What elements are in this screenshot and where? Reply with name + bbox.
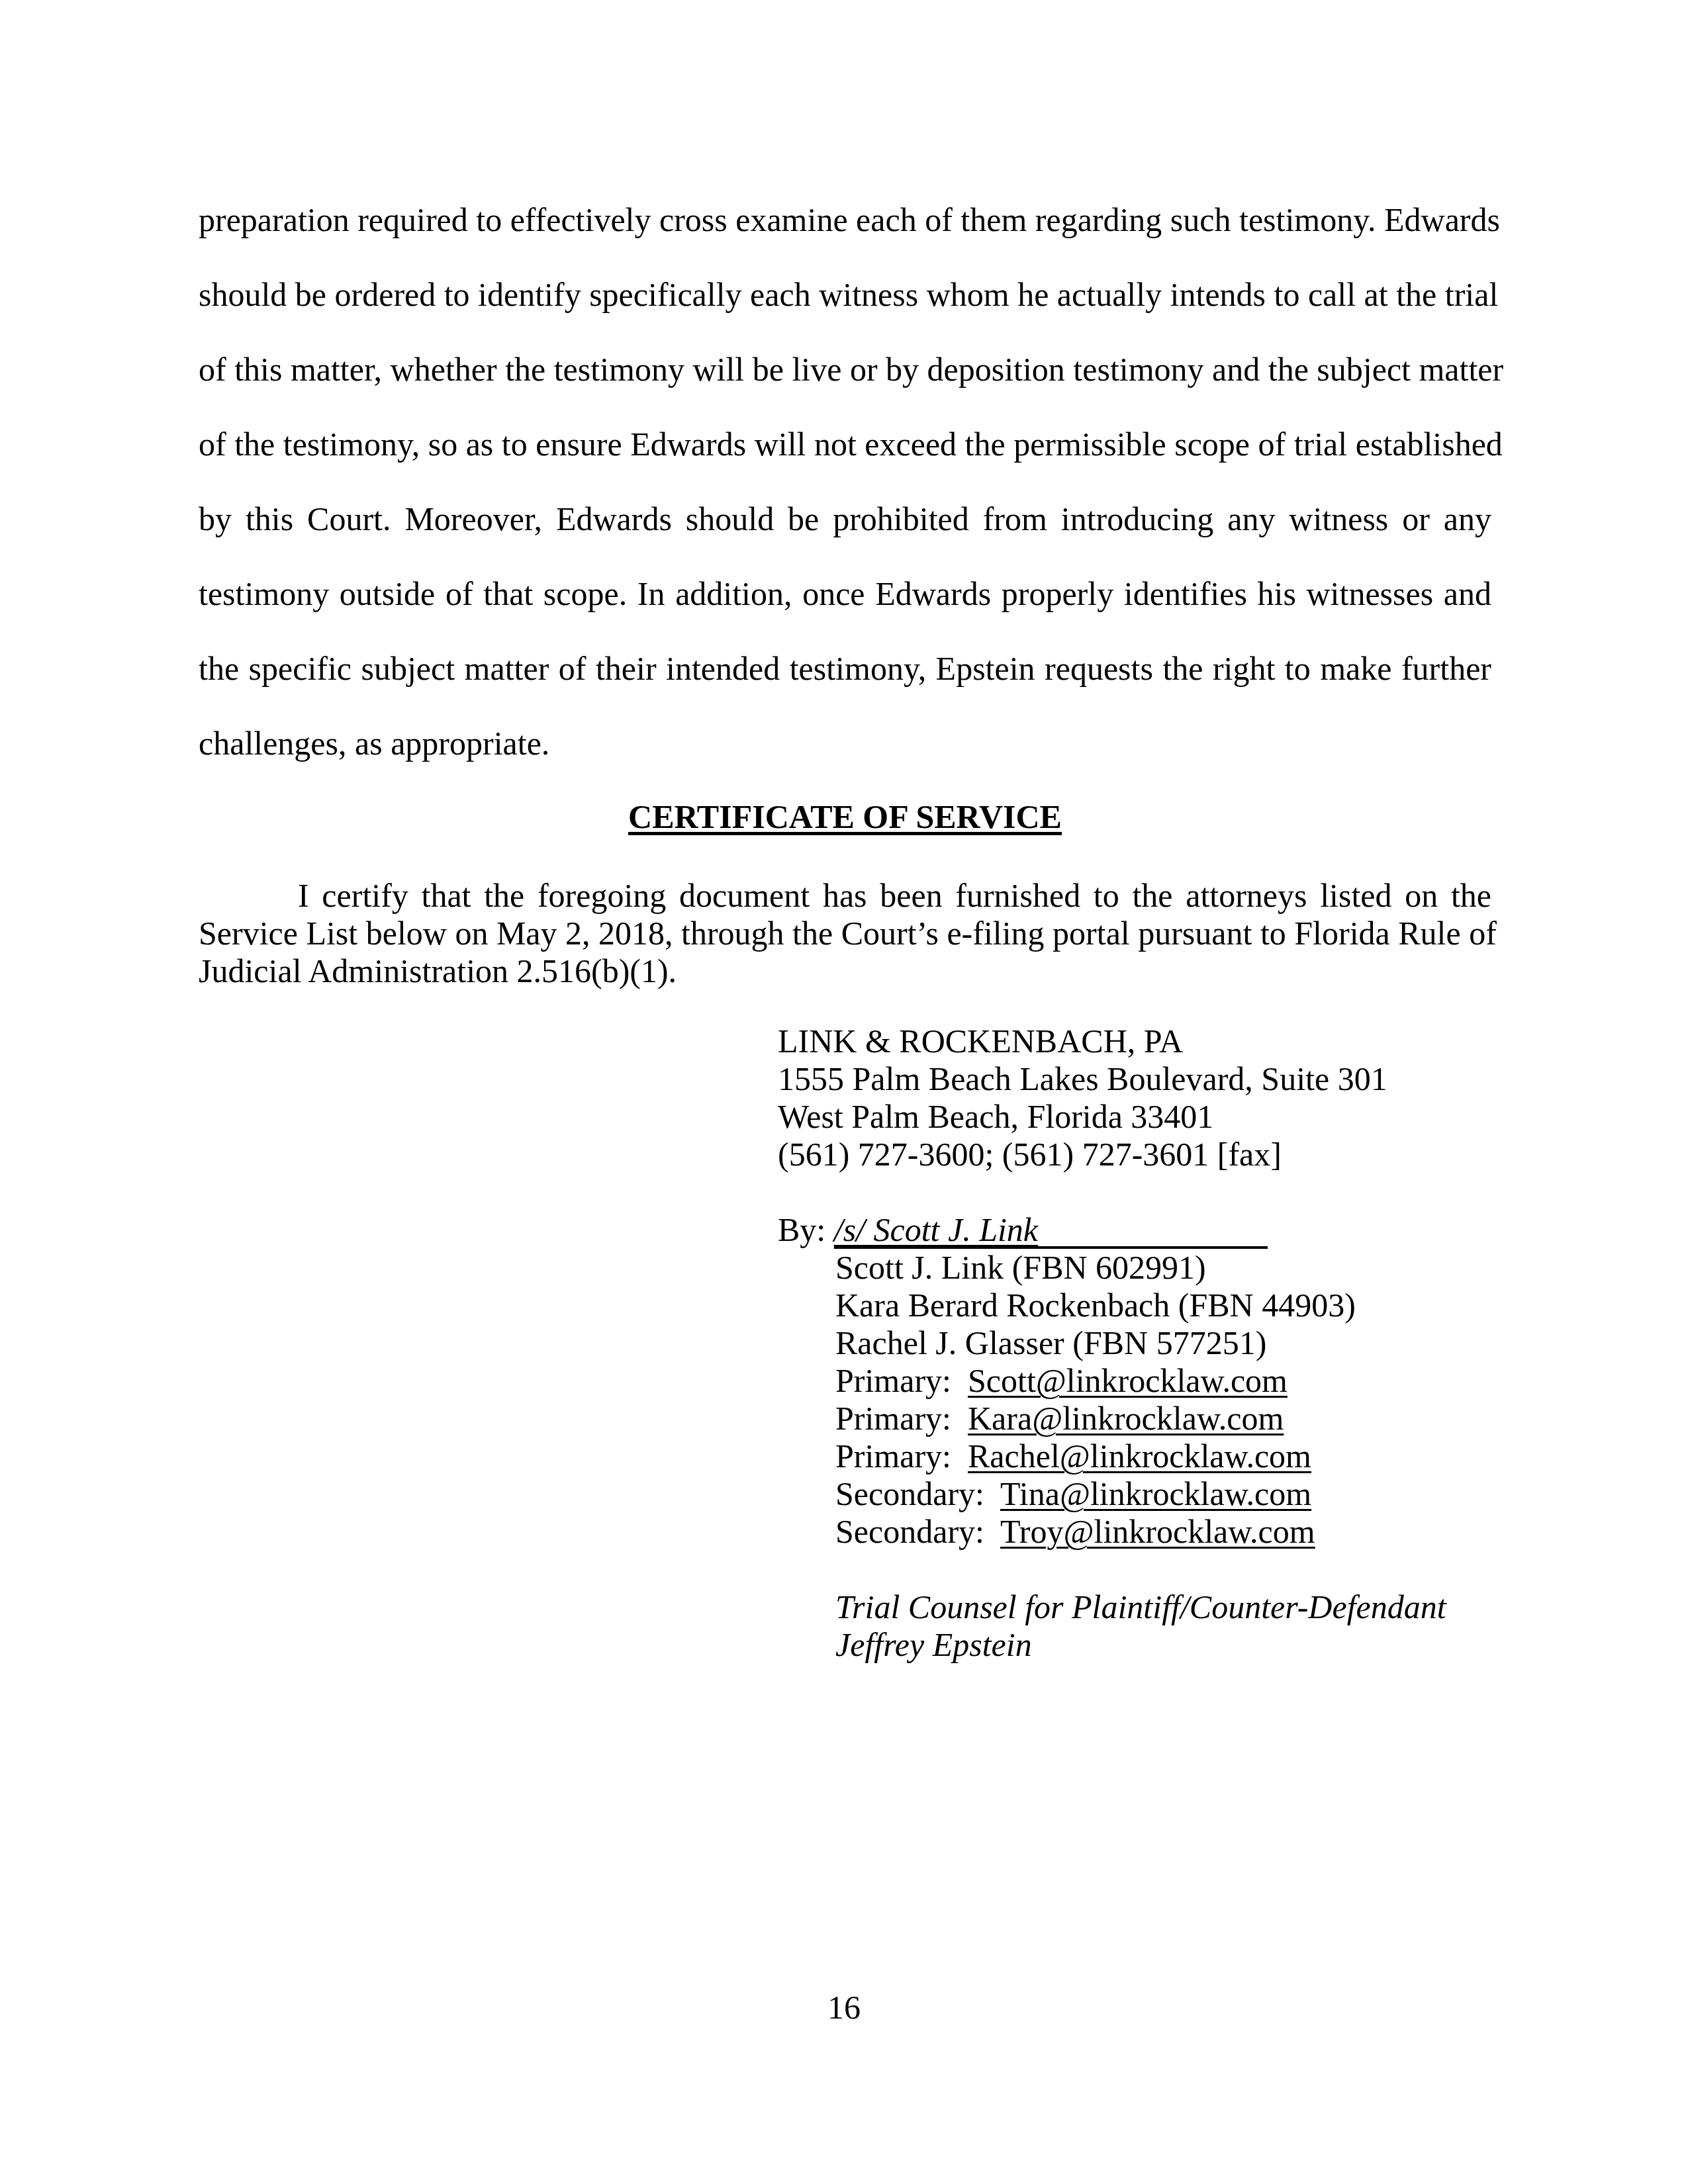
certificate-paragraph: I certify that the foregoing document ha… — [199, 877, 1491, 990]
body-paragraph: preparation required to effectively cros… — [199, 183, 1491, 781]
email-label: Primary: — [835, 1400, 951, 1437]
firm-address-line-1: 1555 Palm Beach Lakes Boulevard, Suite 3… — [778, 1060, 1446, 1098]
attorney-name: Rachel J. Glasser (FBN 577251) — [778, 1324, 1446, 1362]
attorney-name: Scott J. Link (FBN 602991) — [778, 1249, 1446, 1287]
certificate-line: I certify that the foregoing document ha… — [199, 877, 1491, 915]
firm-address-line-2: West Palm Beach, Florida 33401 — [778, 1098, 1446, 1136]
email-row: Secondary: Tina@linkrocklaw.com — [778, 1475, 1446, 1513]
email-link[interactable]: Kara@linkrocklaw.com — [968, 1400, 1284, 1437]
body-line: challenges, as appropriate. — [199, 706, 1491, 781]
body-line: of the testimony, so as to ensure Edward… — [199, 407, 1491, 482]
email-label: Secondary: — [835, 1475, 984, 1512]
certificate-line: Service List below on May 2, 2018, throu… — [199, 915, 1491, 952]
body-line: preparation required to effectively cros… — [199, 183, 1491, 257]
body-line: testimony outside of that scope. In addi… — [199, 557, 1491, 631]
certificate-heading: CERTIFICATE OF SERVICE — [199, 798, 1491, 836]
email-label: Primary: — [835, 1437, 951, 1475]
certificate-line: Judicial Administration 2.516(b)(1). — [199, 952, 1491, 990]
firm-name: LINK & ROCKENBACH, PA — [778, 1023, 1446, 1060]
email-row: Primary: Kara@linkrocklaw.com — [778, 1400, 1446, 1437]
counsel-role: Trial Counsel for Plaintiff/Counter-Defe… — [778, 1588, 1446, 1626]
email-row: Primary: Rachel@linkrocklaw.com — [778, 1437, 1446, 1475]
email-row: Secondary: Troy@linkrocklaw.com — [778, 1513, 1446, 1551]
email-row: Primary: Scott@linkrocklaw.com — [778, 1362, 1446, 1400]
body-line: of this matter, whether the testimony wi… — [199, 332, 1491, 407]
signature-block: LINK & ROCKENBACH, PA 1555 Palm Beach La… — [778, 1023, 1446, 1664]
firm-phone: (561) 727-3600; (561) 727-3601 [fax] — [778, 1136, 1446, 1173]
spacer — [778, 1173, 1446, 1211]
email-link[interactable]: Scott@linkrocklaw.com — [968, 1362, 1288, 1399]
email-link[interactable]: Tina@linkrocklaw.com — [1000, 1475, 1311, 1512]
body-line: by this Court. Moreover, Edwards should … — [199, 482, 1491, 557]
body-line: should be ordered to identify specifical… — [199, 257, 1491, 332]
email-label: Primary: — [835, 1362, 951, 1399]
signature-line: By: /s/ Scott J. Link — [778, 1211, 1446, 1249]
page-number: 16 — [0, 1989, 1688, 2026]
email-label: Secondary: — [835, 1513, 984, 1550]
client-name: Jeffrey Epstein — [778, 1626, 1446, 1664]
by-label: By: — [778, 1211, 825, 1248]
email-link[interactable]: Rachel@linkrocklaw.com — [968, 1437, 1311, 1475]
spacer — [778, 1551, 1446, 1588]
email-link[interactable]: Troy@linkrocklaw.com — [1000, 1513, 1315, 1550]
body-line: the specific subject matter of their int… — [199, 631, 1491, 706]
signature-text: /s/ Scott J. Link — [834, 1211, 1038, 1248]
attorney-name: Kara Berard Rockenbach (FBN 44903) — [778, 1287, 1446, 1324]
document-page: preparation required to effectively cros… — [0, 0, 1688, 2184]
electronic-signature: /s/ Scott J. Link — [834, 1213, 1268, 1249]
